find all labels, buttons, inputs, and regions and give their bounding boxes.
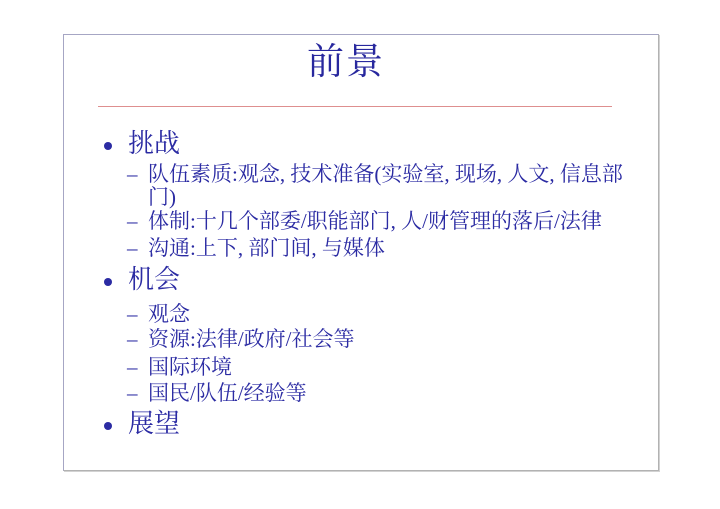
slide-canvas: 前景 挑战 – 队伍素质:观念, 技术准备(实验室, 现场, 人文, 信息部门)… bbox=[0, 0, 720, 509]
dash-icon: – bbox=[127, 303, 138, 326]
dash-icon: – bbox=[127, 356, 138, 379]
bullet-item-label: 展望 bbox=[128, 409, 650, 439]
bullet-item-label: 机会 bbox=[128, 265, 650, 295]
sub-bullet-label: 队伍素质:观念, 技术准备(实验室, 现场, 人文, 信息部门) bbox=[148, 163, 626, 209]
slide-page: 前景 挑战 – 队伍素质:观念, 技术准备(实验室, 现场, 人文, 信息部门)… bbox=[63, 34, 659, 471]
bullet-item: 展望 bbox=[64, 409, 650, 439]
bullet-dot-icon bbox=[104, 422, 112, 430]
bullet-dot-icon bbox=[104, 278, 112, 286]
bullet-item-label: 挑战 bbox=[128, 129, 650, 159]
dash-icon: – bbox=[127, 163, 138, 186]
sub-bullet-item: – 体制:十几个部委/职能部门, 人/财管理的落后/法律 bbox=[64, 210, 650, 233]
sub-bullet-label: 资源:法律/政府/社会等 bbox=[148, 328, 626, 351]
title-underline-rule bbox=[98, 106, 612, 107]
dash-icon: – bbox=[127, 210, 138, 233]
sub-bullet-item: – 国际环境 bbox=[64, 356, 650, 379]
bullet-dot-icon bbox=[104, 142, 112, 150]
sub-bullet-label: 国民/队伍/经验等 bbox=[148, 382, 626, 405]
sub-bullet-label: 国际环境 bbox=[148, 356, 626, 379]
sub-bullet-item: – 国民/队伍/经验等 bbox=[64, 382, 650, 405]
sub-bullet-item: – 观念 bbox=[64, 303, 650, 326]
sub-bullet-label: 观念 bbox=[148, 303, 626, 326]
sub-bullet-item: – 沟通:上下, 部门间, 与媒体 bbox=[64, 237, 650, 260]
slide-title: 前景 bbox=[64, 43, 628, 83]
dash-icon: – bbox=[127, 328, 138, 351]
dash-icon: – bbox=[127, 382, 138, 405]
dash-icon: – bbox=[127, 237, 138, 260]
sub-bullet-item: – 队伍素质:观念, 技术准备(实验室, 现场, 人文, 信息部门) bbox=[64, 163, 650, 209]
sub-bullet-label: 沟通:上下, 部门间, 与媒体 bbox=[148, 237, 626, 260]
bullet-item: 挑战 bbox=[64, 129, 650, 159]
sub-bullet-label: 体制:十几个部委/职能部门, 人/财管理的落后/法律 bbox=[148, 210, 626, 233]
bullet-item: 机会 bbox=[64, 265, 650, 295]
sub-bullet-item: – 资源:法律/政府/社会等 bbox=[64, 328, 650, 351]
